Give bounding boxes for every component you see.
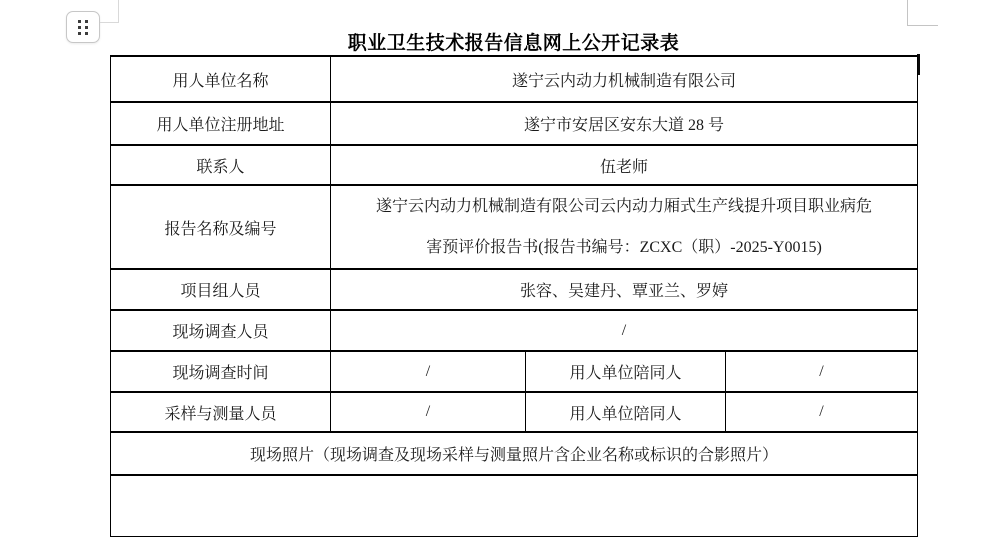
- document-page: { "page": { "title": "职业卫生技术报告信息网上公开记录表"…: [0, 0, 985, 537]
- table-row: [111, 475, 918, 537]
- cell-survey-accompany-label[interactable]: 用人单位陪同人: [526, 351, 726, 392]
- page-margin-corner-mark-horizontal: [907, 25, 938, 26]
- table-row: 现场调查时间 / 用人单位陪同人 /: [111, 351, 918, 392]
- table-row: 用人单位注册地址 遂宁市安居区安东大道 28 号: [111, 102, 918, 145]
- cell-project-team-label[interactable]: 项目组人员: [111, 269, 331, 310]
- cell-report-name-number-label[interactable]: 报告名称及编号: [111, 185, 331, 269]
- table-row: 用人单位名称 遂宁云内动力机械制造有限公司: [111, 56, 918, 102]
- handle-connector-line-vertical: [118, 0, 119, 22]
- cell-sampling-accompany-label[interactable]: 用人单位陪同人: [526, 392, 726, 432]
- cell-project-team-value[interactable]: 张容、吴建丹、覃亚兰、罗婷: [331, 269, 918, 310]
- cell-registered-address-label[interactable]: 用人单位注册地址: [111, 102, 331, 145]
- table-row: 现场调查人员 /: [111, 310, 918, 351]
- cell-site-photos-empty[interactable]: [111, 475, 918, 537]
- cell-sampling-accompany-value[interactable]: /: [726, 392, 918, 432]
- page-margin-corner-mark-vertical: [907, 0, 908, 26]
- table-row: 项目组人员 张容、吴建丹、覃亚兰、罗婷: [111, 269, 918, 310]
- block-drag-handle[interactable]: [66, 11, 100, 43]
- report-name-line1: 遂宁云内动力机械制造有限公司云内动力厢式生产线提升项目职业病危: [337, 186, 911, 227]
- table-row: 报告名称及编号 遂宁云内动力机械制造有限公司云内动力厢式生产线提升项目职业病危 …: [111, 185, 918, 269]
- cell-survey-accompany-value[interactable]: /: [726, 351, 918, 392]
- handle-connector-line-horizontal: [100, 22, 119, 23]
- report-name-line2: 害预评价报告书(报告书编号：ZCXC（职）-2025-Y0015): [337, 227, 911, 268]
- cell-report-name-number-value[interactable]: 遂宁云内动力机械制造有限公司云内动力厢式生产线提升项目职业病危 害预评价报告书(…: [331, 185, 918, 269]
- table-row: 现场照片（现场调查及现场采样与测量照片含企业名称或标识的合影照片）: [111, 432, 918, 475]
- cell-employer-name-label[interactable]: 用人单位名称: [111, 56, 331, 102]
- table-row: 联系人 伍老师: [111, 145, 918, 185]
- cell-survey-time-value[interactable]: /: [331, 351, 526, 392]
- cell-sampling-staff-value[interactable]: /: [331, 392, 526, 432]
- page-title: 职业卫生技术报告信息网上公开记录表: [110, 28, 917, 55]
- cell-employer-name-value[interactable]: 遂宁云内动力机械制造有限公司: [331, 56, 918, 102]
- cell-site-survey-staff-value[interactable]: /: [331, 310, 918, 351]
- cell-site-photos-caption[interactable]: 现场照片（现场调查及现场采样与测量照片含企业名称或标识的合影照片）: [111, 432, 918, 475]
- table-row: 采样与测量人员 / 用人单位陪同人 /: [111, 392, 918, 432]
- cell-site-survey-staff-label[interactable]: 现场调查人员: [111, 310, 331, 351]
- record-table: 用人单位名称 遂宁云内动力机械制造有限公司 用人单位注册地址 遂宁市安居区安东大…: [110, 55, 918, 537]
- cell-sampling-staff-label[interactable]: 采样与测量人员: [111, 392, 331, 432]
- cell-survey-time-label[interactable]: 现场调查时间: [111, 351, 331, 392]
- cell-contact-person-value[interactable]: 伍老师: [331, 145, 918, 185]
- cell-registered-address-value[interactable]: 遂宁市安居区安东大道 28 号: [331, 102, 918, 145]
- cell-contact-person-label[interactable]: 联系人: [111, 145, 331, 185]
- six-dot-grid-icon: [78, 20, 88, 35]
